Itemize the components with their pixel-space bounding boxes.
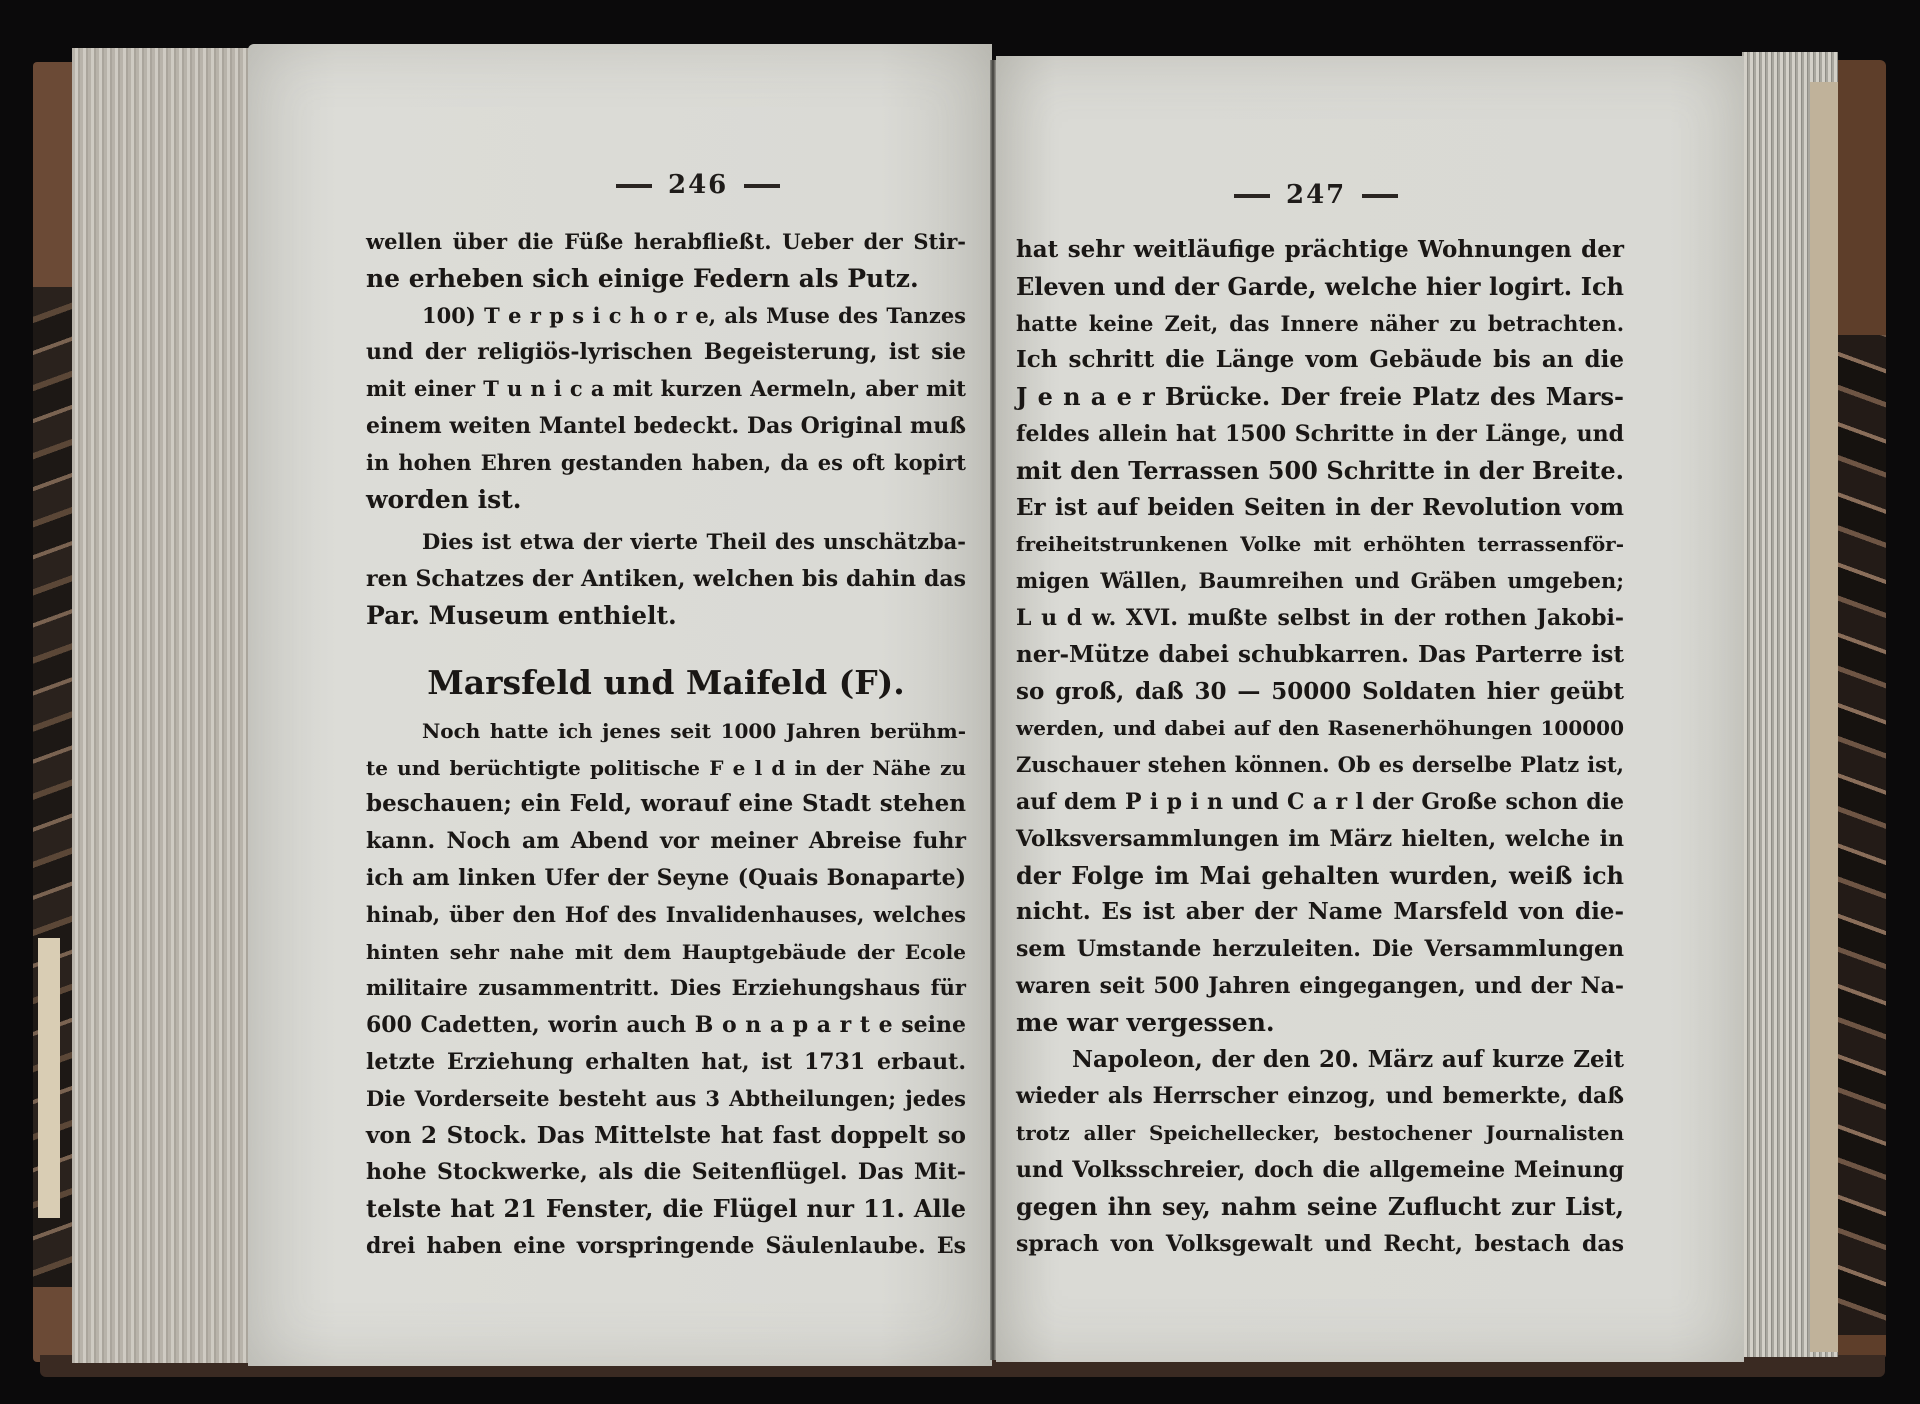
left-text-column: wellen über die Füße herabfließt. Ueber … (366, 224, 966, 1265)
flyleaf-left (38, 938, 60, 1218)
text-line: so groß, daß 30 — 50000 Soldaten hier ge… (1016, 674, 1624, 711)
text-line: Ich schritt die Länge vom Gebäude bis an… (1016, 342, 1624, 379)
text-line: me war vergessen. (1016, 1005, 1624, 1042)
marbled-paper-right (1838, 335, 1886, 1335)
text-line: hat sehr weitläufige prächtige Wohnungen… (1016, 232, 1624, 269)
text-line: Volksversammlungen im März hielten, welc… (1016, 821, 1624, 858)
text-line: Eleven und der Garde, welche hier logirt… (1016, 269, 1624, 306)
text-line: Dies ist etwa der vierte Theil des unsch… (366, 524, 966, 561)
text-line: freiheitstrunkenen Volke mit erhöhten te… (1016, 526, 1624, 563)
text-line: ner-Mütze dabei schubkarren. Das Parterr… (1016, 637, 1624, 674)
text-line: hatte keine Zeit, das Innere näher zu be… (1016, 306, 1624, 343)
folio-dash (744, 184, 780, 188)
text-line: hinten sehr nahe mit dem Hauptgebäude de… (366, 934, 966, 971)
text-line: ren Schatzes der Antiken, welchen bis da… (366, 561, 966, 598)
text-line: auf dem P i p i n und C a r l der Große … (1016, 784, 1624, 821)
text-line: letzte Erziehung erhalten hat, ist 1731 … (366, 1044, 966, 1081)
text-line: und Volksschreier, doch die allgemeine M… (1016, 1152, 1624, 1189)
text-line: militaire zusammentritt. Dies Erziehungs… (366, 970, 966, 1007)
text-line: ich am linken Ufer der Seyne (Quais Bona… (366, 860, 966, 897)
text-line: hinab, über den Hof des Invalidenhauses,… (366, 897, 966, 934)
text-line: Er ist auf beiden Seiten in der Revoluti… (1016, 490, 1624, 527)
text-line: telste hat 21 Fenster, die Flügel nur 11… (366, 1191, 966, 1228)
page-number-text: 247 (1286, 180, 1346, 210)
text-line: trotz aller Speichellecker, bestochener … (1016, 1115, 1624, 1152)
text-line: und der religiös-lyrischen Begeisterung,… (366, 334, 966, 371)
text-line: migen Wällen, Baumreihen und Gräben umge… (1016, 563, 1624, 600)
text-line: beschauen; ein Feld, worauf eine Stadt s… (366, 786, 966, 823)
text-line: werden, und dabei auf den Rasenerhöhunge… (1016, 710, 1624, 747)
right-text-column: hat sehr weitläufige prächtige Wohnungen… (1016, 232, 1624, 1262)
text-line: von 2 Stock. Das Mittelste hat fast dopp… (366, 1118, 966, 1155)
text-line: kann. Noch am Abend vor meiner Abreise f… (366, 823, 966, 860)
text-line: 100) T e r p s i c h o r e, als Muse des… (366, 298, 966, 335)
text-line: J e n a e r Brücke. Der freie Platz des … (1016, 379, 1624, 416)
text-line: wieder als Herrscher einzog, und bemerkt… (1016, 1078, 1624, 1115)
text-line: einem weiten Mantel bedeckt. Das Origina… (366, 408, 966, 445)
text-line: te und berüchtigte politische F e l d in… (366, 750, 966, 787)
text-line: L u d w. XVI. mußte selbst in der rothen… (1016, 600, 1624, 637)
page-number-left: 246 (600, 170, 796, 200)
page-stack-right (1742, 52, 1838, 1357)
text-line: gegen ihn sey, nahm seine Zuflucht zur L… (1016, 1189, 1624, 1226)
text-line: sprach von Volksgewalt und Recht, bestac… (1016, 1226, 1624, 1263)
folio-dash (616, 184, 652, 188)
text-line: Par. Museum enthielt. (366, 598, 966, 635)
text-line: sem Umstande herzuleiten. Die Versammlun… (1016, 931, 1624, 968)
section-heading: Marsfeld und Maifeld (F). (366, 653, 966, 713)
text-line: Die Vorderseite besteht aus 3 Abtheilung… (366, 1081, 966, 1118)
book-cover-right (1838, 60, 1886, 1360)
text-line: der Folge im Mai gehalten wurden, weiß i… (1016, 858, 1624, 895)
page-number-text: 246 (668, 170, 728, 200)
text-line: hohe Stockwerke, als die Seitenflügel. D… (366, 1154, 966, 1191)
text-line: wellen über die Füße herabfließt. Ueber … (366, 224, 966, 261)
text-line: feldes allein hat 1500 Schritte in der L… (1016, 416, 1624, 453)
left-page: 246 wellen über die Füße herabfließt. Ue… (248, 44, 992, 1366)
text-line: waren seit 500 Jahren eingegangen, und d… (1016, 968, 1624, 1005)
text-line: in hohen Ehren gestanden haben, da es of… (366, 445, 966, 482)
page-stack-left (72, 48, 250, 1363)
right-page: 247 hat sehr weitläufige prächtige Wohnu… (996, 56, 1744, 1362)
text-line: nicht. Es ist aber der Name Marsfeld von… (1016, 894, 1624, 931)
text-line: Noch hatte ich jenes seit 1000 Jahren be… (366, 713, 966, 750)
endleaf-right (1810, 82, 1838, 1352)
text-line: worden ist. (366, 482, 966, 519)
text-line: drei haben eine vorspringende Säulenlaub… (366, 1228, 966, 1265)
text-line: mit einer T u n i c a mit kurzen Aermeln… (366, 371, 966, 408)
text-line: Napoleon, der den 20. März auf kurze Zei… (1016, 1042, 1624, 1079)
folio-dash (1234, 194, 1270, 198)
text-line: Zuschauer stehen können. Ob es derselbe … (1016, 747, 1624, 784)
text-line: mit den Terrassen 500 Schritte in der Br… (1016, 453, 1624, 490)
folio-dash (1362, 194, 1398, 198)
text-line: 600 Cadetten, worin auch B o n a p a r t… (366, 1007, 966, 1044)
text-line: ne erheben sich einige Federn als Putz. (366, 261, 966, 298)
page-number-right: 247 (1218, 180, 1414, 210)
